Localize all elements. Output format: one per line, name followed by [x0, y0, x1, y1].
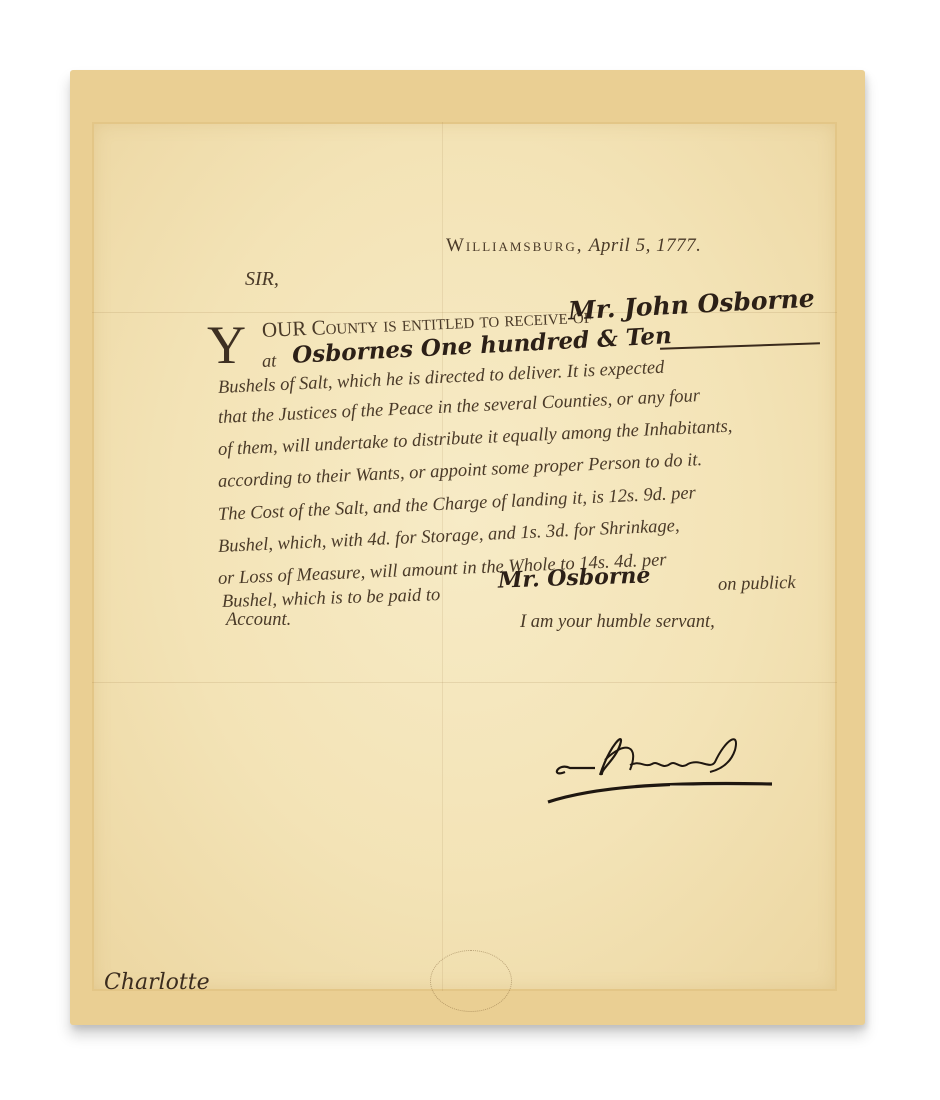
- date: April 5, 1777.: [589, 235, 702, 256]
- fold-line: [92, 682, 837, 683]
- signature-flourish-icon: [540, 720, 780, 820]
- drop-cap: Y: [207, 318, 246, 372]
- letter-paper: [70, 70, 865, 1025]
- dateline: Williamsburg, April 5, 1777.: [446, 235, 701, 257]
- signature: P. Henry: [540, 720, 780, 820]
- paper-stain: [430, 950, 512, 1012]
- closing: I am your humble servant,: [520, 612, 715, 633]
- body-line-10-end: on publick: [718, 573, 796, 596]
- docket-county: Charlotte: [104, 970, 210, 995]
- salutation: SIR,: [245, 268, 279, 291]
- place: Williamsburg,: [446, 235, 584, 256]
- handwritten-payee: Mr. Osborne: [498, 562, 651, 593]
- body-line-11: Account.: [226, 610, 291, 631]
- body-line-2: at: [262, 351, 277, 373]
- fold-line: [442, 122, 443, 991]
